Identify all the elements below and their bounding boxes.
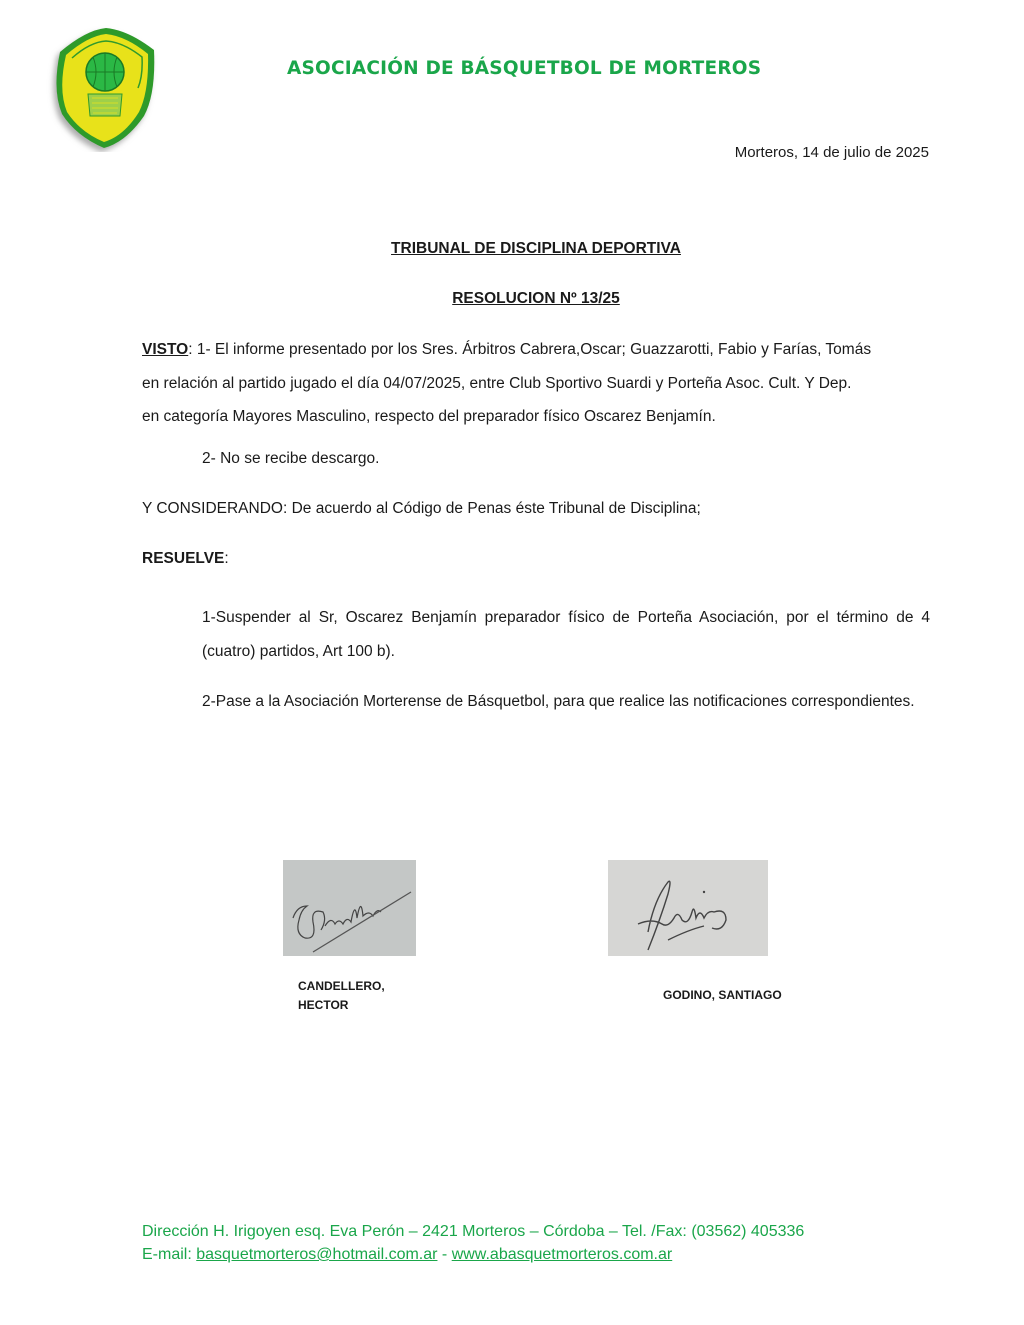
signatory-name-1: CANDELLERO, HECTOR — [298, 977, 385, 1015]
visto-line-3: en categoría Mayores Masculino, respecto… — [142, 400, 930, 434]
footer-links: E-mail: basquetmorteros@hotmail.com.ar -… — [142, 1243, 804, 1266]
association-logo — [46, 24, 164, 152]
considerando-text: Y CONSIDERANDO: De acuerdo al Código de … — [142, 500, 701, 518]
signature-image-godino — [608, 860, 768, 956]
visto-point-2: 2- No se recibe descargo. — [202, 450, 379, 468]
visto-section: VISTO: 1- El informe presentado por los … — [142, 333, 930, 434]
visto-line-1: VISTO: 1- El informe presentado por los … — [142, 333, 930, 367]
resolution-title: RESOLUCION Nº 13/25 — [0, 290, 1024, 308]
visto-label: VISTO — [142, 341, 188, 358]
visto-line-2: en relación al partido jugado el día 04/… — [142, 367, 930, 401]
resolution-item-2: 2-Pase a la Asociación Morterense de Bás… — [202, 685, 930, 719]
email-link[interactable]: basquetmorteros@hotmail.com.ar — [196, 1246, 437, 1263]
shield-icon — [46, 24, 164, 152]
handwritten-signature-icon — [608, 860, 768, 956]
resuelve-heading: RESUELVE: — [142, 550, 229, 568]
signatory-name-2: GODINO, SANTIAGO — [663, 986, 782, 1005]
tribunal-title: TRIBUNAL DE DISCIPLINA DEPORTIVA — [0, 240, 1024, 258]
footer-address: Dirección H. Irigoyen esq. Eva Perón – 2… — [142, 1220, 804, 1243]
handwritten-signature-icon — [283, 860, 416, 956]
website-link[interactable]: www.abasquetmorteros.com.ar — [452, 1246, 673, 1263]
signature-image-candellero — [283, 860, 416, 956]
organization-title: ASOCIACIÓN DE BÁSQUETBOL DE MORTEROS — [287, 58, 761, 79]
resolution-item-1: 1-Suspender al Sr, Oscarez Benjamín prep… — [202, 601, 930, 668]
footer-contact: Dirección H. Irigoyen esq. Eva Perón – 2… — [142, 1220, 804, 1266]
document-date: Morteros, 14 de julio de 2025 — [735, 144, 929, 161]
